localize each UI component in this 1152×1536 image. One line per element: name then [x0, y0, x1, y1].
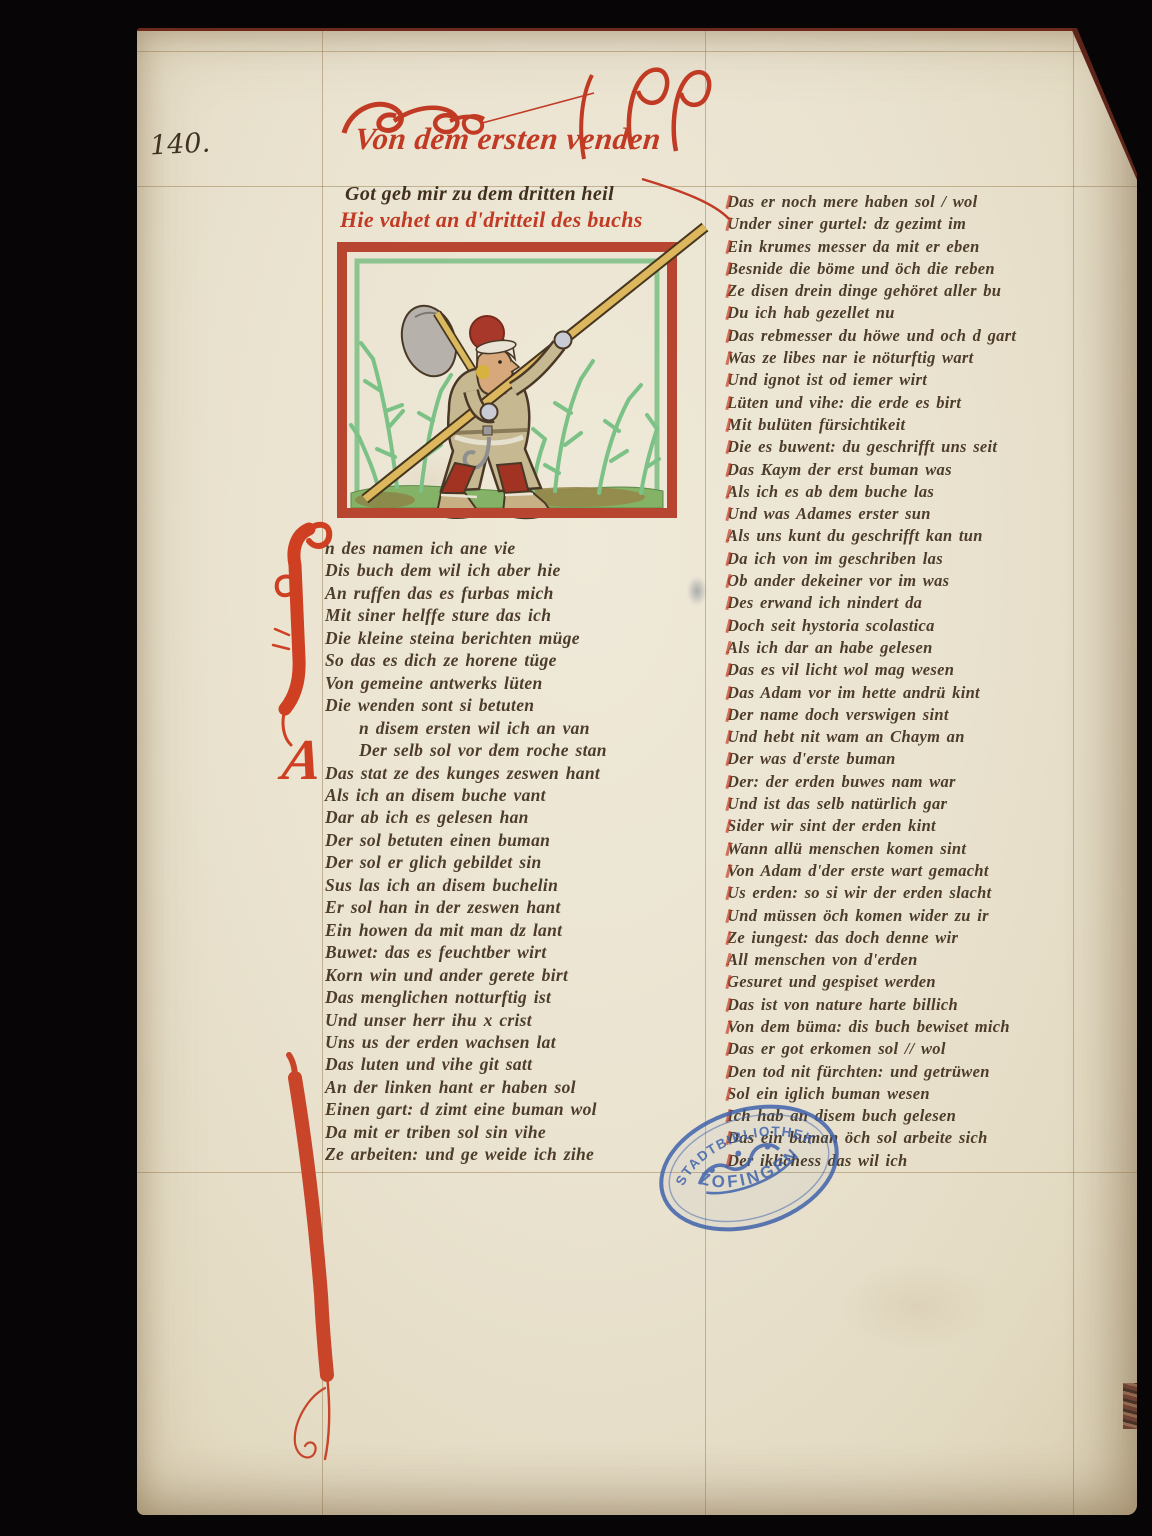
text-line: Das stat ze des kunges zeswen hant: [325, 762, 717, 784]
text-line: Das Kaym der erst buman was: [727, 459, 1119, 481]
text-line: Was ze libes nar ie nöturftig wart: [727, 347, 1119, 369]
text-line: Uns us der erden wachsen lat: [325, 1031, 717, 1053]
text-line: Das Adam vor im hette andrü kint: [727, 682, 1119, 704]
text-line: Und hebt nit wam an Chaym an: [727, 726, 1119, 748]
text-line: Und ignot ist od iemer wirt: [727, 369, 1119, 391]
text-line: Under siner gurtel: dz gezimt im: [727, 213, 1119, 235]
ruling-line-top: [137, 51, 1137, 52]
text-line: Korn win und ander gerete birt: [325, 964, 717, 986]
text-line: Sider wir sint der erden kint: [727, 815, 1119, 837]
text-line: All menschen von d'erden: [727, 949, 1119, 971]
plants-right: [533, 361, 659, 493]
text-line: Gesuret und gespiset werden: [727, 971, 1119, 993]
binding-edge: [1123, 1383, 1137, 1429]
text-line: Das rebmesser du höwe und och d gart: [727, 325, 1119, 347]
text-line: Und ist das selb natürlich gar: [727, 793, 1119, 815]
text-line: Von Adam d'der erste wart gemacht: [727, 860, 1119, 882]
text-line: Us erden: so si wir der erden slacht: [727, 882, 1119, 904]
text-line: Das er got erkomen sol // wol: [727, 1038, 1119, 1060]
text-line: Lüten und vihe: die erde es birt: [727, 392, 1119, 414]
right-hand: [555, 332, 572, 349]
peasant-miniature: [337, 241, 677, 521]
text-line: Als uns kunt du geschrifft kan tun: [727, 525, 1119, 547]
text-line: Er sol han in der zeswen hant: [325, 896, 717, 918]
text-line: Die wenden sont si betuten: [325, 694, 717, 716]
text-line: Und müssen öch komen wider zu ir: [727, 905, 1119, 927]
text-line: Doch seit hystoria scolastica: [727, 615, 1119, 637]
text-line: Und was Adames erster sun: [727, 503, 1119, 525]
text-line: n des namen ich ane vie: [325, 537, 717, 559]
text-line: Mit siner helffe sture das ich: [325, 604, 717, 626]
text-line: An ruffen das es furbas mich: [325, 582, 717, 604]
text-line: Ein howen da mit man dz lant: [325, 919, 717, 941]
text-line: Du ich hab gezellet nu: [727, 302, 1119, 324]
text-line: Den tod nit fürchten: und getrüwen: [727, 1061, 1119, 1083]
text-line: Besnide die böme und öch die reben: [727, 258, 1119, 280]
text-line: Die es buwent: du geschrifft uns seit: [727, 436, 1119, 458]
text-line: Als ich dar an habe gelesen: [727, 637, 1119, 659]
text-line: Der name doch verswigen sint: [727, 704, 1119, 726]
library-stamp: STADTBIBLIOTHEK ZOFINGEN: [649, 1093, 849, 1248]
text-line: Als ich es ab dem buche las: [727, 481, 1119, 503]
manuscript-photo: 140. Von dem ersten venden Got geb mir z…: [0, 0, 1152, 1536]
text-line: Als ich an disem buche vant: [325, 784, 717, 806]
text-line: Dar ab ich es gelesen han: [325, 806, 717, 828]
text-line: Wann allü menschen komen sint: [727, 838, 1119, 860]
text-line: Und unser herr ihu x crist: [325, 1009, 717, 1031]
text-line: Ob ander dekeiner vor im was: [727, 570, 1119, 592]
text-line: Der sol betuten einen buman: [325, 829, 717, 851]
text-line: n disem ersten wil ich an van: [325, 717, 717, 739]
text-line: Mit bulüten fürsichtikeit: [727, 414, 1119, 436]
page-corner-shadow: [1077, 28, 1137, 173]
text-line: Das ist von nature harte billich: [727, 994, 1119, 1016]
text-line: Ein krumes messer da mit er eben: [727, 236, 1119, 258]
hair: [476, 365, 490, 379]
right-arm: [513, 332, 572, 390]
text-line: Der selb sol vor dem roche stan: [325, 739, 717, 761]
text-line: Von gemeine antwerks lüten: [325, 672, 717, 694]
right-text-column: Das er noch mere haben sol / wolUnder si…: [727, 191, 1119, 1172]
parchment-page: 140. Von dem ersten venden Got geb mir z…: [137, 28, 1137, 1515]
text-line: Buwet: das es feuchtber wirt: [325, 941, 717, 963]
text-line: Dis buch dem wil ich aber hie: [325, 559, 717, 581]
text-line: Von dem büma: dis buch bewiset mich: [727, 1016, 1119, 1038]
text-line: Sus las ich an disem buchelin: [325, 874, 717, 896]
text-line: Ze disen drein dinge gehöret aller bu: [727, 280, 1119, 302]
text-line: Ze iungest: das doch denne wir: [727, 927, 1119, 949]
text-line: Der was d'erste buman: [727, 748, 1119, 770]
text-line: Der sol er glich gebildet sin: [325, 851, 717, 873]
folio-number: 140.: [149, 127, 211, 161]
text-line: Das luten und vihe git satt: [325, 1053, 717, 1075]
text-line: So das es dich ze horene tüge: [325, 649, 717, 671]
incipit-line-red: Hie vahet an d'dritteil des buchs: [340, 207, 643, 233]
text-line: Das es vil licht wol mag wesen: [727, 659, 1119, 681]
text-line: Das er noch mere haben sol / wol: [727, 191, 1119, 213]
initial-A: A: [279, 731, 326, 789]
parchment-stain: [837, 1261, 997, 1351]
text-line: Des erwand ich nindert da: [727, 592, 1119, 614]
text-line: Die kleine steina berichten müge: [325, 627, 717, 649]
left-hand: [481, 404, 498, 421]
text-line: Da ich von im geschriben las: [727, 548, 1119, 570]
incipit-line-black: Got geb mir zu dem dritten heil: [345, 183, 614, 206]
left-text-column: n des namen ich ane vieDis buch dem wil …: [325, 537, 717, 1166]
text-line: Das menglichen notturftig ist: [325, 986, 717, 1008]
text-line: Der: der erden buwes nam war: [727, 771, 1119, 793]
chapter-rubric: Von dem ersten venden: [353, 121, 663, 157]
